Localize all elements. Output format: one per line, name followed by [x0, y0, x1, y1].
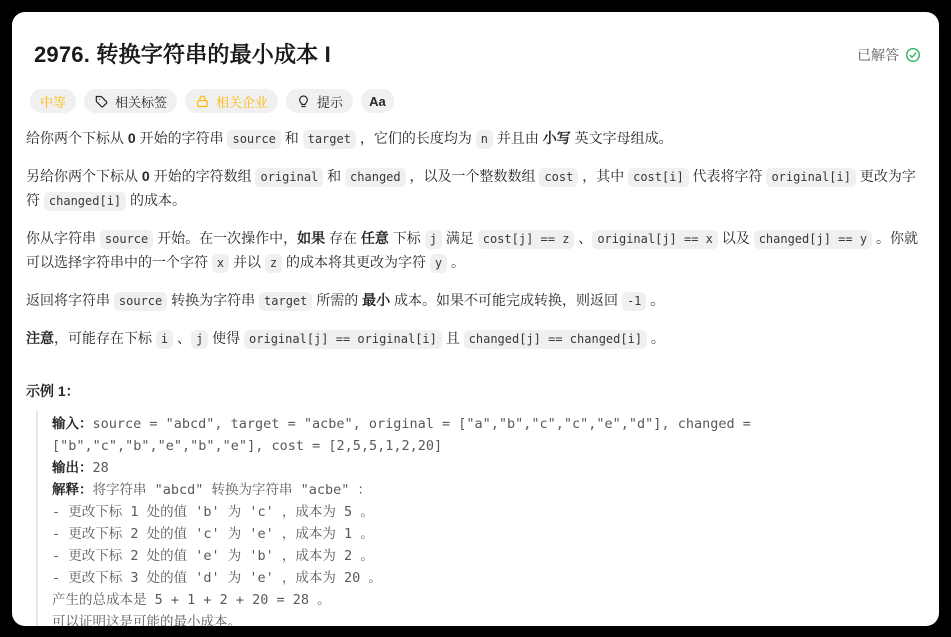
problem-panel: 2976. 转换字符串的最小成本 I 已解答 中等 相关标签 相关企业 提示 A… [12, 12, 939, 626]
tag-icon [94, 94, 109, 109]
lightbulb-icon [296, 94, 311, 109]
related-tags-label: 相关标签 [115, 92, 167, 111]
solved-status: 已解答 [857, 45, 921, 65]
description-paragraph-2: 另给你两个下标从 0 开始的字符数组 original 和 changed ，以… [26, 165, 923, 213]
related-companies-label: 相关企业 [216, 92, 268, 111]
description-paragraph-4: 返回将字符串 source 转换为字符串 target 所需的 最小 成本。如果… [26, 289, 923, 313]
hint-label: 提示 [317, 92, 343, 111]
solved-label: 已解答 [857, 45, 899, 65]
example-block: 输入：source = "abcd", target = "acbe", ori… [36, 411, 923, 626]
related-companies-button[interactable]: 相关企业 [185, 89, 278, 113]
lock-icon [195, 94, 210, 109]
format-button[interactable]: Aa [361, 89, 394, 113]
check-circle-icon [905, 47, 921, 63]
description-paragraph-1: 给你两个下标从 0 开始的字符串 source 和 target ，它们的长度均… [26, 127, 923, 151]
related-tags-button[interactable]: 相关标签 [84, 89, 177, 113]
difficulty-badge: 中等 [30, 89, 76, 113]
hint-button[interactable]: 提示 [286, 89, 353, 113]
problem-description: 给你两个下标从 0 开始的字符串 source 和 target ，它们的长度均… [26, 127, 923, 351]
description-paragraph-3: 你从字符串 source 开始。在一次操作中，如果 存在 任意 下标 j 满足 … [26, 227, 923, 275]
description-paragraph-5: 注意，可能存在下标 i 、j 使得 original[j] == origina… [26, 327, 923, 351]
problem-title: 2976. 转换字符串的最小成本 I [34, 40, 331, 70]
format-label: Aa [369, 94, 386, 109]
title-row: 2976. 转换字符串的最小成本 I 已解答 [34, 40, 923, 70]
badge-row: 中等 相关标签 相关企业 提示 Aa [30, 89, 923, 113]
example-heading: 示例 1： [26, 381, 923, 401]
